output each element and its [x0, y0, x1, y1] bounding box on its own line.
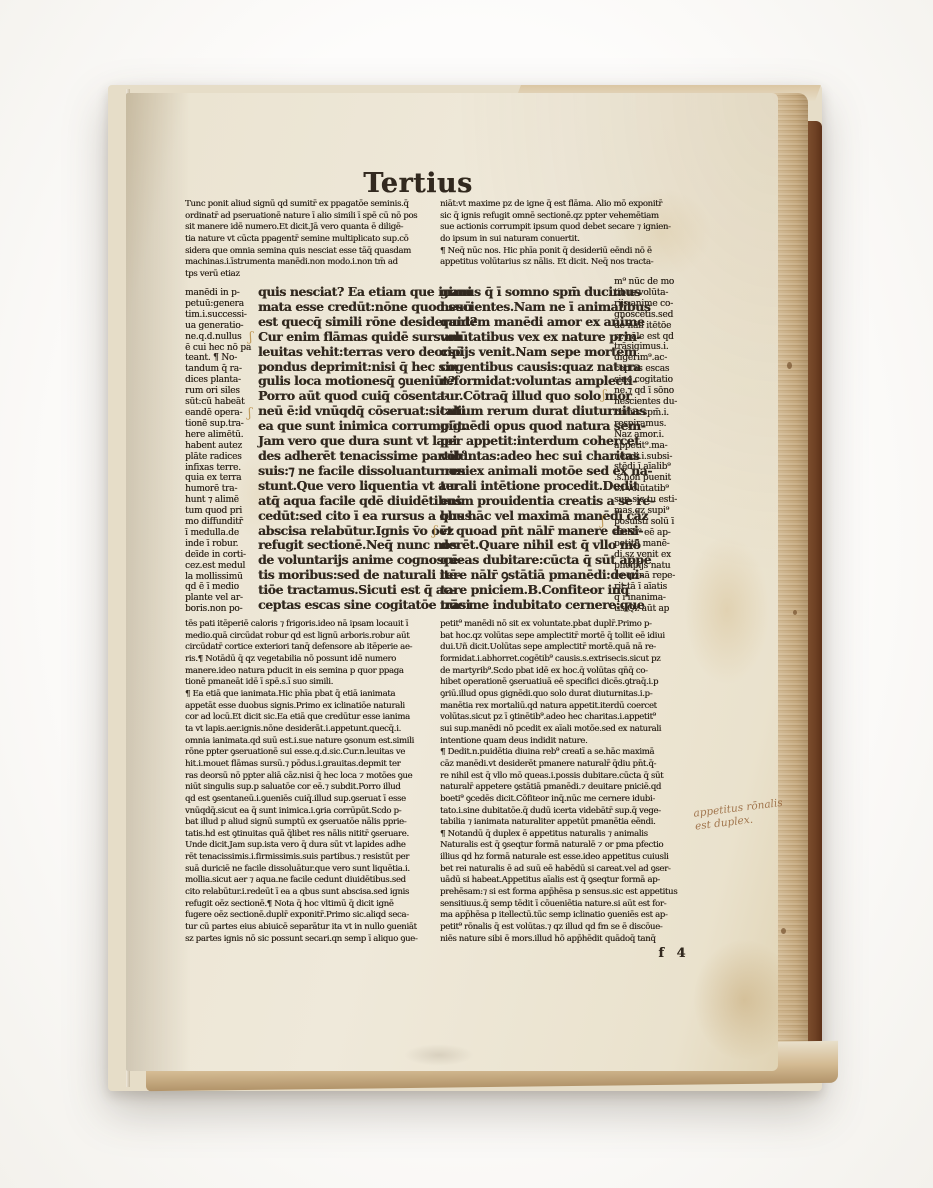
signature-mark: f 4 [644, 946, 704, 961]
photograph-scene: Tertius Tunc ponit aliud signū qd sumitr… [0, 0, 933, 1188]
running-title: Tertius [328, 168, 508, 199]
foxing-spot [781, 928, 786, 934]
top-commentary-left: Tunc ponit aliud signū qd sumitr̄ ex ppa… [185, 199, 438, 281]
margin-gloss-right: m⁹ nūc de motibus volūta-rijs anime co-g… [614, 277, 694, 615]
foxing-spot [793, 610, 797, 615]
main-text-left-column: quis nesciat? Ea etiam que inanimata ess… [258, 285, 438, 613]
margin-gloss-left: manēdi in p-petuū:generatim.i.successi-u… [185, 288, 257, 615]
top-commentary-right: niāt:vt maxime pz de igne q̄ est flāma. … [440, 199, 693, 269]
bottom-commentary-left: tēs pati itēperiē caloris ⁊ frigoris.ide… [185, 619, 440, 945]
foxing-spot [787, 362, 792, 369]
bottom-commentary-right: petit⁹ manēdi nō sit ex voluntate.pbat d… [440, 619, 698, 945]
main-text-right-column: gimus q̄ ī somno spm̄ ducimusnescientes.… [440, 285, 614, 613]
